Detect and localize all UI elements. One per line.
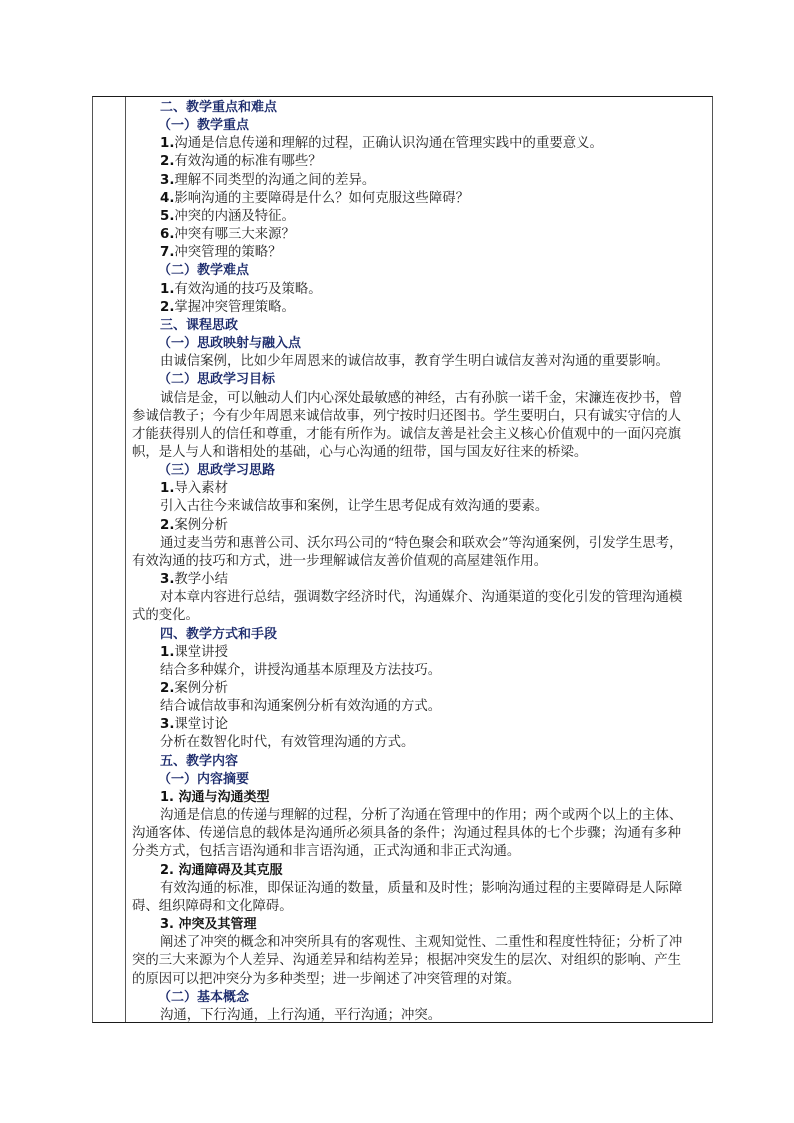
item-number: 2. (160, 154, 174, 169)
paragraph-line: 分析在数智化时代，有效管理沟通的方式。 (132, 734, 706, 752)
subsection-heading: （二）思政学习目标 (132, 371, 706, 389)
item-number: 1. (160, 282, 174, 297)
paragraph-line: 参诚信教子；今有少年周恩来诚信故事，列宁按时归还图书。学生要明白，只有诚实守信的… (132, 408, 706, 426)
list-item: 1.有效沟通的技巧及策略。 (132, 281, 706, 299)
paragraph-line: 突的三大来源为个人差异、沟通差异和结构差异；根据冲突发生的层次、对组织的影响、产… (132, 952, 706, 970)
paragraph-line: 分类方式，包括言语沟通和非言语沟通，正式沟通和非正式沟通。 (132, 843, 706, 861)
step-label-text: 课堂讨论 (174, 717, 228, 732)
step-number: 1. (160, 645, 174, 660)
list-item: 5.冲突的内涵及特征。 (132, 208, 706, 226)
topic-heading: 3. 冲突及其管理 (132, 916, 706, 934)
paragraph-line: 式的变化。 (132, 607, 706, 625)
step-label-text: 案例分析 (174, 681, 228, 696)
section-heading: 五、教学内容 (132, 753, 706, 771)
item-number: 7. (160, 245, 174, 260)
list-item: 7.冲突管理的策略？ (132, 244, 706, 262)
item-number: 5. (160, 209, 174, 224)
table-content-cell: 二、教学重点和难点 （一）教学重点 1.沟通是信息传递和理解的过程，正确认识沟通… (126, 97, 712, 1022)
list-item: 2.有效沟通的标准有哪些？ (132, 153, 706, 171)
paragraph-line: 沟通是信息的传递与理解的过程，分析了沟通在管理中的作用；两个或两个以上的主体、 (132, 807, 706, 825)
item-text: 影响沟通的主要障碍是什么？如何克服这些障碍？ (174, 191, 469, 206)
paragraph-line: 引入古往今来诚信故事和案例，让学生思考促成有效沟通的要素。 (132, 498, 706, 516)
step-number: 3. (160, 572, 174, 587)
paragraph-line: 才能获得别人的信任和尊重，才能有所作为。诚信友善是社会主义核心价值观中的一面闪亮… (132, 426, 706, 444)
paragraph-line: 碍、组织障碍和文化障碍。 (132, 898, 706, 916)
step-number: 2. (160, 681, 174, 696)
section-heading: 三、课程思政 (132, 317, 706, 335)
step-number: 3. (160, 717, 174, 732)
list-item: 6.冲突有哪三大来源？ (132, 226, 706, 244)
step-number: 1. (160, 481, 174, 496)
paragraph-line: 沟通，下行沟通，上行沟通，平行沟通；冲突。 (132, 1007, 706, 1025)
item-number: 4. (160, 191, 174, 206)
item-number: 6. (160, 227, 174, 242)
list-item: 3.理解不同类型的沟通之间的差异。 (132, 172, 706, 190)
paragraph-line: 对本章内容进行总结，强调数字经济时代，沟通媒介、沟通渠道的变化引发的管理沟通模 (132, 589, 706, 607)
list-item: 2.掌握冲突管理策略。 (132, 299, 706, 317)
subsection-heading: （三）思政学习思路 (132, 462, 706, 480)
step-label-text: 案例分析 (174, 518, 228, 533)
item-text: 有效沟通的标准有哪些？ (174, 154, 321, 169)
paragraph-line: 沟通客体、传递信息的载体是沟通所必须具备的条件；沟通过程具体的七个步骤；沟通有多… (132, 825, 706, 843)
step-number: 2. (160, 518, 174, 533)
item-number: 1. (160, 136, 174, 151)
item-text: 沟通是信息传递和理解的过程，正确认识沟通在管理实践中的重要意义。 (174, 136, 603, 151)
step-label-text: 教学小结 (174, 572, 228, 587)
item-text: 掌握冲突管理策略。 (174, 300, 295, 315)
paragraph-line: 的原因可以把冲突分为多种类型；进一步阐述了冲突管理的对策。 (132, 971, 706, 989)
step-label-text: 课堂讲授 (174, 645, 228, 660)
step-label: 1.导入素材 (132, 480, 706, 498)
paragraph-line: 通过麦当劳和惠普公司、沃尔玛公司的“特色聚会和联欢会”等沟通案例，引发学生思考， (132, 535, 706, 553)
section-heading: 二、教学重点和难点 (132, 99, 706, 117)
list-item: 1.沟通是信息传递和理解的过程，正确认识沟通在管理实践中的重要意义。 (132, 135, 706, 153)
step-label: 1.课堂讲授 (132, 644, 706, 662)
table-left-column (93, 97, 126, 1022)
subsection-heading: （二）基本概念 (132, 989, 706, 1007)
step-label-text: 导入素材 (174, 481, 228, 496)
paragraph-line: 结合诚信故事和沟通案例分析有效沟通的方式。 (132, 698, 706, 716)
subsection-heading: （一）思政映射与融入点 (132, 335, 706, 353)
content-table: 二、教学重点和难点 （一）教学重点 1.沟通是信息传递和理解的过程，正确认识沟通… (92, 96, 713, 1023)
paragraph-line: 有效沟通的技巧和方式，进一步理解诚信友善价值观的高屋建瓴作用。 (132, 553, 706, 571)
subsection-heading: （一）教学重点 (132, 117, 706, 135)
item-number: 2. (160, 300, 174, 315)
topic-heading: 1. 沟通与沟通类型 (132, 789, 706, 807)
paragraph-line: 帜，是人与人和谐相处的基础，心与心沟通的纽带，国与国友好往来的桥梁。 (132, 444, 706, 462)
item-text: 冲突有哪三大来源？ (174, 227, 295, 242)
item-number: 3. (160, 173, 174, 188)
paragraph-line: 由诚信案例，比如少年周恩来的诚信故事，教育学生明白诚信友善对沟通的重要影响。 (132, 353, 706, 371)
paragraph-line: 诚信是金，可以触动人们内心深处最敏感的神经，古有孙膑一诺千金，宋濂连夜抄书，曾 (132, 390, 706, 408)
item-text: 冲突管理的策略？ (174, 245, 281, 260)
step-label: 2.案例分析 (132, 680, 706, 698)
paragraph-line: 结合多种媒介，讲授沟通基本原理及方法技巧。 (132, 662, 706, 680)
item-text: 理解不同类型的沟通之间的差异。 (174, 173, 375, 188)
topic-heading: 2. 沟通障碍及其克服 (132, 862, 706, 880)
step-label: 3.课堂讨论 (132, 716, 706, 734)
subsection-heading: （二）教学难点 (132, 262, 706, 280)
item-text: 冲突的内涵及特征。 (174, 209, 295, 224)
step-label: 3.教学小结 (132, 571, 706, 589)
section-heading: 四、教学方式和手段 (132, 626, 706, 644)
list-item: 4.影响沟通的主要障碍是什么？如何克服这些障碍？ (132, 190, 706, 208)
subsection-heading: （一）内容摘要 (132, 771, 706, 789)
item-text: 有效沟通的技巧及策略。 (174, 282, 321, 297)
paragraph-line: 阐述了冲突的概念和冲突所具有的客观性、主观知觉性、二重性和程度性特征；分析了冲 (132, 934, 706, 952)
step-label: 2.案例分析 (132, 517, 706, 535)
paragraph-line: 有效沟通的标准，即保证沟通的数量，质量和及时性；影响沟通过程的主要障碍是人际障 (132, 880, 706, 898)
